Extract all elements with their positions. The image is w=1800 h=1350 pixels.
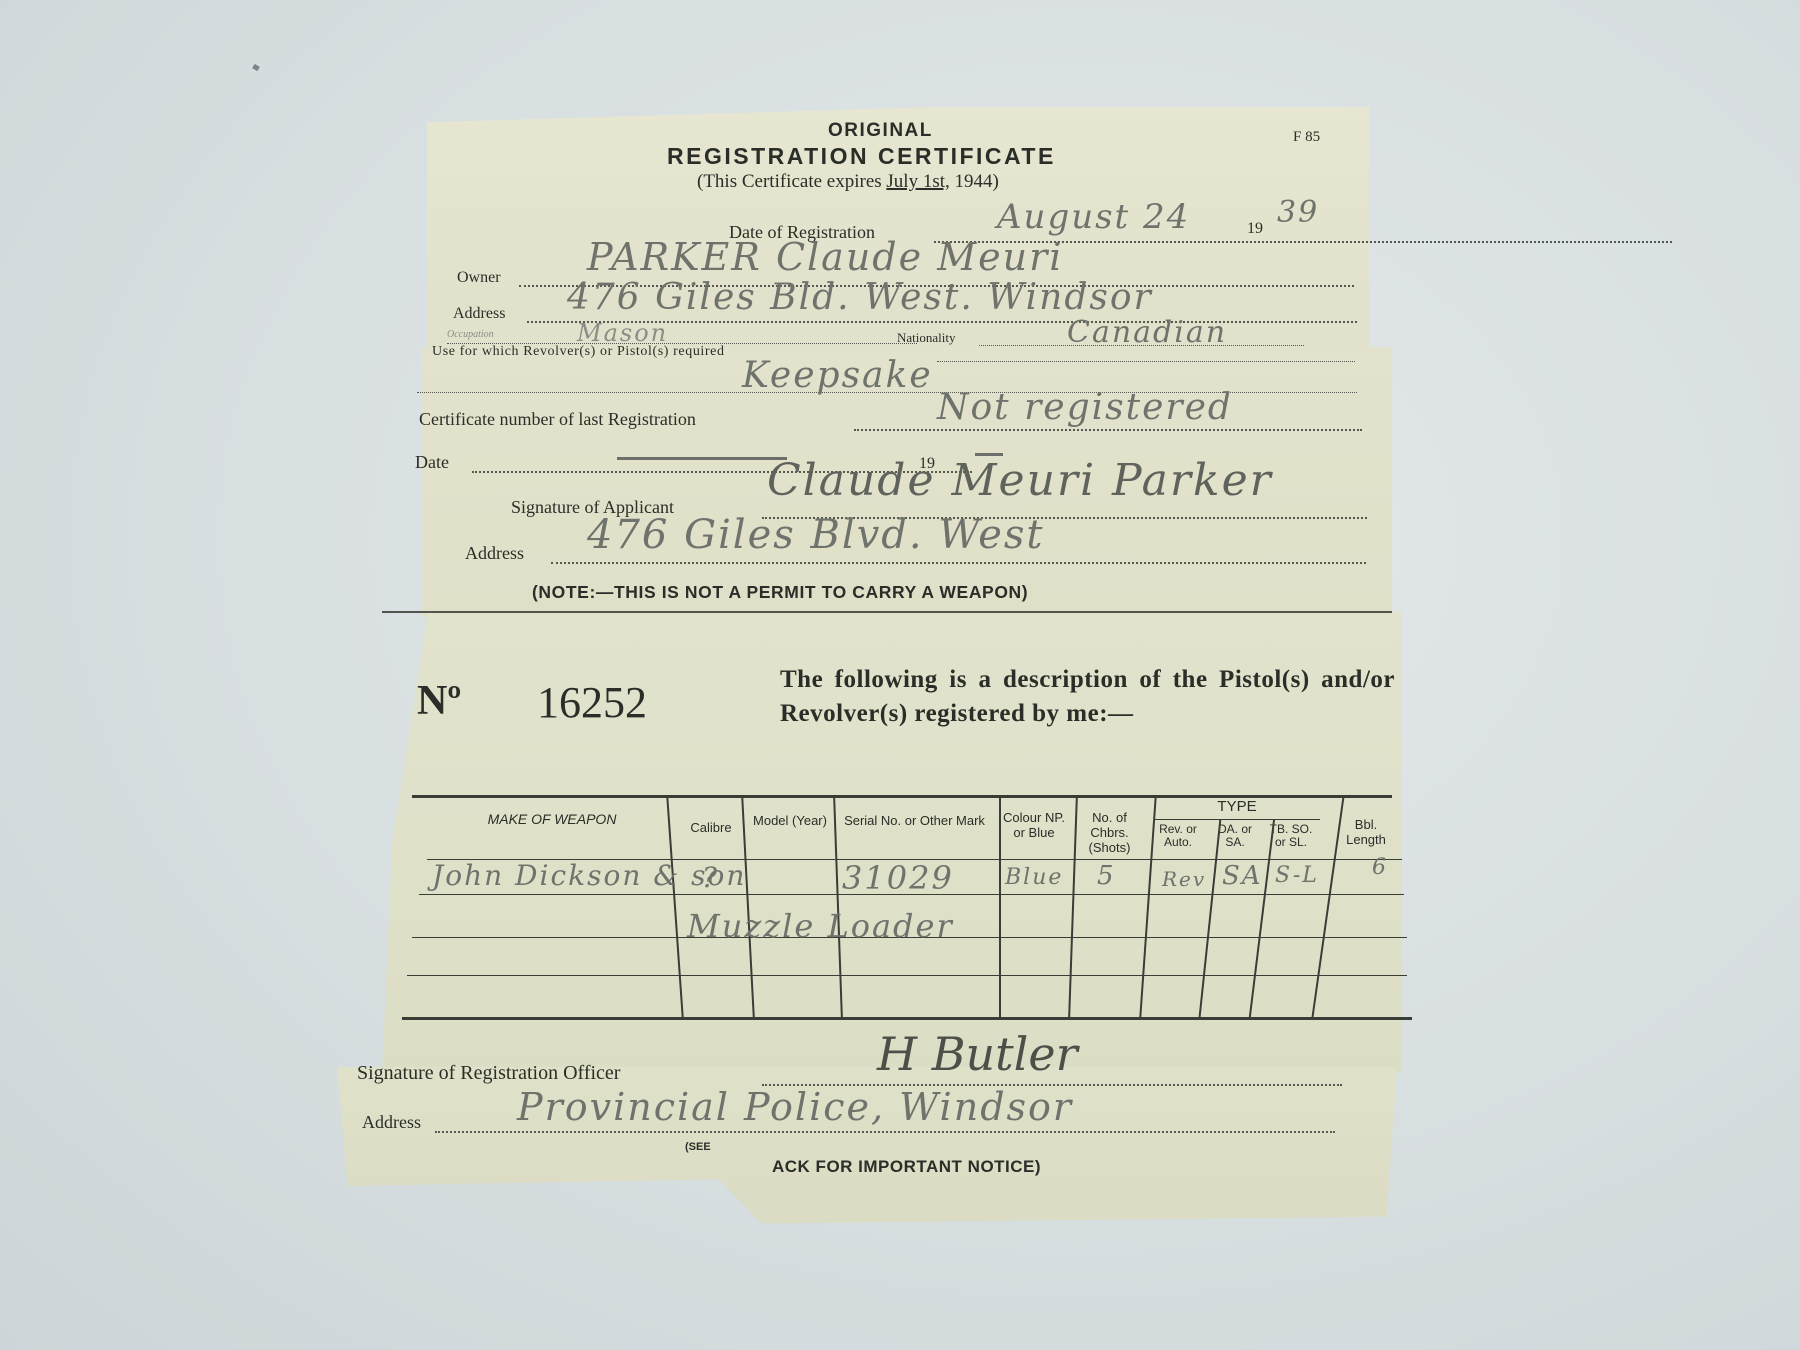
cell-make[interactable]: John Dickson & son [432, 859, 746, 892]
row-rule-3 [407, 975, 1407, 976]
fold-line [382, 611, 1392, 613]
cell-muzzle-loader-note[interactable]: Muzzle Loader [687, 907, 954, 945]
occupation-label: Occupation [447, 329, 494, 340]
page-title: REGISTRATION CERTIFICATE [667, 143, 1056, 170]
year-prefix: 19 [1247, 220, 1263, 238]
applicant-address-line [551, 562, 1366, 564]
owner-address-label: Address [453, 305, 505, 323]
header-type-group: TYPE [1147, 799, 1327, 814]
applicant-signature-value[interactable]: Claude Meuri Parker [767, 455, 1273, 506]
cell-da-sa[interactable]: SA [1222, 861, 1263, 891]
expiry-prefix: (This Certificate expires [697, 171, 886, 192]
number-symbol: Nº [417, 677, 461, 725]
table-bottom-rule [402, 1017, 1412, 1020]
expiry-date: July 1st, [886, 171, 949, 192]
previous-date-dash [617, 457, 787, 460]
nationality-label: Nationality [897, 330, 956, 346]
owner-label: Owner [457, 269, 501, 287]
last-certificate-value[interactable]: Not registered [937, 387, 1233, 428]
header-model: Model (Year) [750, 813, 830, 828]
header-original: ORIGINAL [828, 120, 933, 142]
form-number: F 85 [1293, 129, 1320, 146]
header-rev-auto: Rev. or Auto. [1149, 823, 1207, 849]
type-group-rule [1155, 819, 1320, 820]
header-bbl-length: Bbl. Length [1335, 817, 1397, 847]
certificate-number: 16252 [537, 677, 647, 728]
last-certificate-line [854, 429, 1362, 431]
officer-signature-label: Signature of Registration Officer [357, 1062, 620, 1085]
footer-important-notice: ACK FOR IMPORTANT NOTICE) [772, 1157, 1041, 1177]
cell-tb-so-sl[interactable]: S-L [1275, 863, 1319, 888]
background-speck [252, 64, 260, 71]
year-value[interactable]: 39 [1277, 195, 1319, 230]
expiry-note: (This Certificate expires July 1st, 1944… [697, 171, 999, 193]
expiry-suffix: 1944) [950, 171, 999, 192]
description-statement: The following is a description of the Pi… [780, 663, 1395, 731]
header-colour: Colour NP. or Blue [999, 810, 1069, 840]
cell-serial[interactable]: 31029 [842, 859, 954, 897]
cell-chambers[interactable]: 5 [1097, 861, 1116, 891]
header-calibre: Calibre [680, 820, 742, 835]
not-a-permit-note: (NOTE:—THIS IS NOT A PERMIT TO CARRY A W… [532, 582, 1028, 603]
cell-rev-auto[interactable]: Rev [1162, 867, 1206, 891]
officer-address-line [435, 1131, 1335, 1133]
use-label: Use for which Revolver(s) or Pistol(s) r… [432, 344, 725, 360]
date-of-registration-value[interactable]: August 24 [997, 197, 1190, 237]
cell-calibre[interactable]: ? [702, 861, 719, 894]
previous-date-label: Date [415, 452, 449, 473]
officer-address-value[interactable]: Provincial Police, Windsor [517, 1085, 1073, 1129]
officer-address-label: Address [362, 1112, 421, 1133]
occupation-value[interactable]: Mason [577, 319, 668, 347]
nationality-value[interactable]: Canadian [1067, 315, 1227, 350]
cell-colour[interactable]: Blue [1005, 865, 1063, 890]
footer-see-text: (SEE [685, 1141, 711, 1153]
owner-value[interactable]: PARKER Claude Meuri [587, 235, 1063, 279]
applicant-address-label: Address [465, 543, 524, 564]
last-certificate-label: Certificate number of last Registration [419, 409, 696, 430]
header-make: MAKE OF WEAPON [437, 812, 667, 827]
col-divider-4 [999, 797, 1001, 1017]
owner-address-value[interactable]: 476 Giles Bld. West. Windsor [567, 277, 1153, 318]
registration-certificate: ORIGINAL REGISTRATION CERTIFICATE (This … [427, 107, 1369, 1201]
officer-signature-value[interactable]: H Butler [877, 1027, 1078, 1081]
applicant-address-value[interactable]: 476 Giles Blvd. West [587, 512, 1044, 558]
header-serial: Serial No. or Other Mark [842, 813, 987, 828]
use-line-1 [937, 361, 1355, 362]
use-value[interactable]: Keepsake [742, 355, 933, 396]
cell-bbl-length[interactable]: 6 [1372, 855, 1388, 880]
header-chambers: No. of Chbrs. (Shots) [1072, 810, 1147, 855]
